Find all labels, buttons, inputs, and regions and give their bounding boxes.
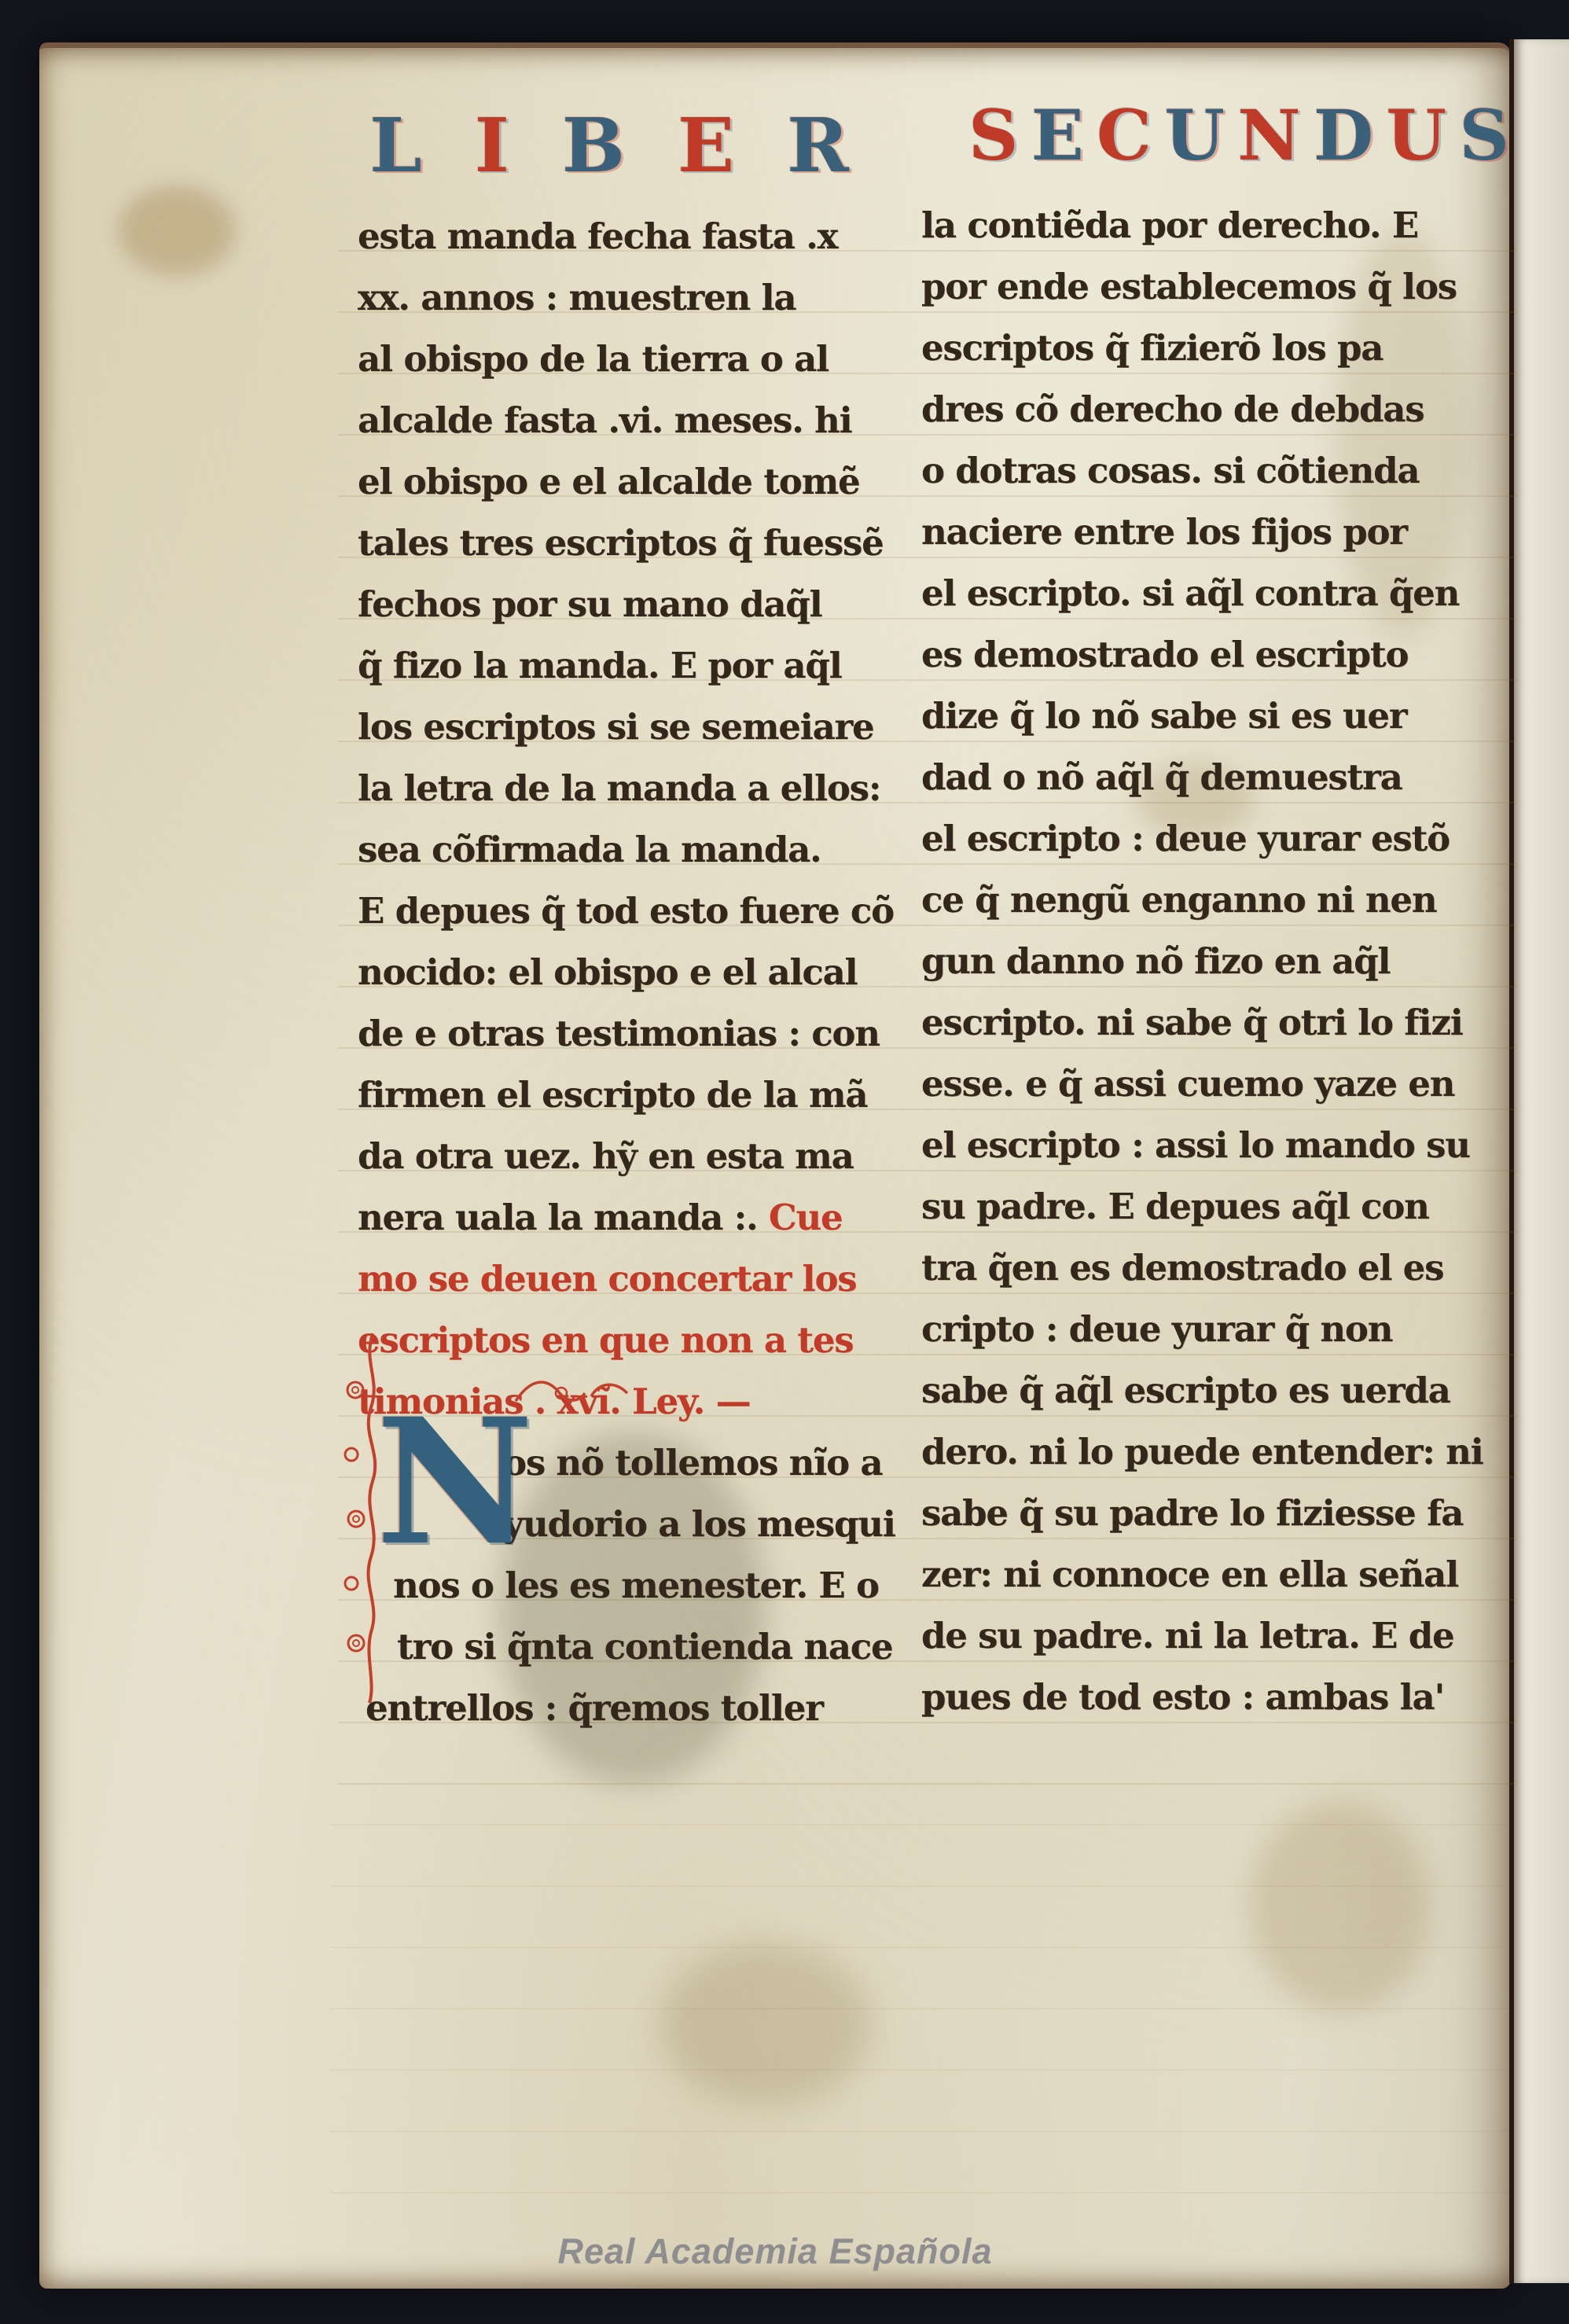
- text-line: por ende establecemos q̃ los: [921, 256, 1495, 318]
- running-title-liber: LIBER: [369, 108, 849, 183]
- text-line: el obispo e el alcalde tomẽ: [358, 451, 880, 513]
- text-line: el escripto. si aq̃l contra q̃en: [921, 563, 1495, 624]
- illuminated-initial: N: [376, 1411, 534, 1553]
- text-line: sabe q̃ su padre lo fiziesse fa: [921, 1483, 1495, 1544]
- text-line: xx. annos : muestren la: [358, 267, 880, 329]
- text-line: el escripto : deue yurar estõ: [921, 808, 1495, 870]
- text-line: escriptos en que non a tes: [358, 1310, 880, 1371]
- text-line: q̃ fizo la manda. E por aq̃l: [358, 635, 880, 697]
- text-line: pues de tod esto : ambas la': [921, 1667, 1495, 1728]
- header-letter: E: [1031, 101, 1084, 170]
- text-line: zer: ni connoce en ella señal: [921, 1544, 1495, 1605]
- text-line: tro si q̃nta contienda nace: [397, 1616, 880, 1678]
- running-title-secundus: SECUNDUS: [968, 101, 1509, 170]
- text-line: ce q̃ nengũ enganno ni nen: [921, 870, 1495, 931]
- header-letter: S: [968, 101, 1019, 170]
- header-letter: I: [475, 108, 509, 183]
- text-line: sabe q̃ aq̃l escripto es uerda: [921, 1360, 1495, 1421]
- text-line: dad o nõ aq̃l q̃ demuestra: [921, 747, 1495, 808]
- text-line: la contiẽda por derecho. E: [921, 195, 1495, 256]
- text-line: el escripto : assi lo mando su: [921, 1115, 1495, 1176]
- text-line: firmen el escripto de la mã: [358, 1065, 880, 1126]
- initial-filigree-ornament: [338, 1329, 388, 1706]
- text-line: al obispo de la tierra o al: [358, 329, 880, 390]
- text-line: yudorio a los mesqui: [503, 1494, 880, 1555]
- header-letter: S: [1459, 101, 1509, 170]
- text-line: nocido: el obispo e el alcal: [358, 942, 880, 1003]
- text-line: tales tres escriptos q̃ fuessẽ: [358, 513, 880, 574]
- text-line: la letra de la manda a ellos:: [358, 758, 880, 819]
- text-line: dize q̃ lo nõ sabe si es uer: [921, 686, 1495, 747]
- text-line: dero. ni lo puede entender: ni: [921, 1421, 1495, 1483]
- text-line: de e otras testimonias : con: [358, 1003, 880, 1065]
- text-line: escripto. ni sabe q̃ otri lo fizi: [921, 992, 1495, 1054]
- initial-flourish: [513, 1370, 630, 1414]
- header-letter: R: [787, 108, 849, 183]
- text-line: los escriptos si se semeiare: [358, 697, 880, 758]
- text-line: E depues q̃ tod esto fuere cõ: [358, 881, 880, 942]
- text-line: escriptos q̃ fizierõ los pa: [921, 318, 1495, 379]
- text-line: alcalde fasta .vi. meses. hi: [358, 390, 880, 451]
- text-line: entrellos : q̃remos toller: [366, 1678, 880, 1739]
- text-line: os nõ tollemos nĩo a: [503, 1432, 880, 1494]
- text-line: nera uala la manda :. Cue: [358, 1187, 880, 1248]
- manuscript-photo: LIBER SECUNDUS esta manda fecha fasta .x…: [0, 0, 1569, 2324]
- header-letter: U: [1164, 101, 1225, 170]
- text-line: naciere entre los fijos por: [921, 502, 1495, 563]
- header-letter: L: [369, 108, 422, 183]
- text-line: sea cõfirmada la manda.: [358, 819, 880, 881]
- text-line: cripto : deue yurar q̃ non: [921, 1299, 1495, 1360]
- text-line: esse. e q̃ assi cuemo yaze en: [921, 1054, 1495, 1115]
- text-line: dres cõ derecho de debdas: [921, 379, 1495, 440]
- text-line: o dotras cosas. si cõtienda: [921, 440, 1495, 502]
- text-line: es demostrado el escripto: [921, 624, 1495, 686]
- watermark-text: Real Academia Española: [39, 2231, 1511, 2272]
- text-line: da otra uez. hỹ en esta ma: [358, 1126, 880, 1187]
- header-letter: N: [1237, 101, 1300, 170]
- text-line: de su padre. ni la letra. E de: [921, 1605, 1495, 1667]
- text-line: tra q̃en es demostrado el es: [921, 1237, 1495, 1299]
- header-letter: U: [1386, 101, 1446, 170]
- header-letter: C: [1097, 101, 1152, 170]
- header-letter: E: [678, 108, 734, 183]
- text-line: su padre. E depues aq̃l con: [921, 1176, 1495, 1237]
- text-line: fechos por su mano daq̃l: [358, 574, 880, 635]
- text-line: mo se deuen concertar los: [358, 1248, 880, 1310]
- header-letter: B: [562, 108, 625, 183]
- text-line: gun danno nõ fizo en aq̃l: [921, 931, 1495, 992]
- next-page-edge: [1509, 39, 1569, 2283]
- text-line: esta manda fecha fasta .x: [358, 206, 880, 267]
- text-column-right: la contiẽda por derecho. Epor ende estab…: [921, 195, 1495, 1728]
- header-letter: D: [1314, 101, 1373, 170]
